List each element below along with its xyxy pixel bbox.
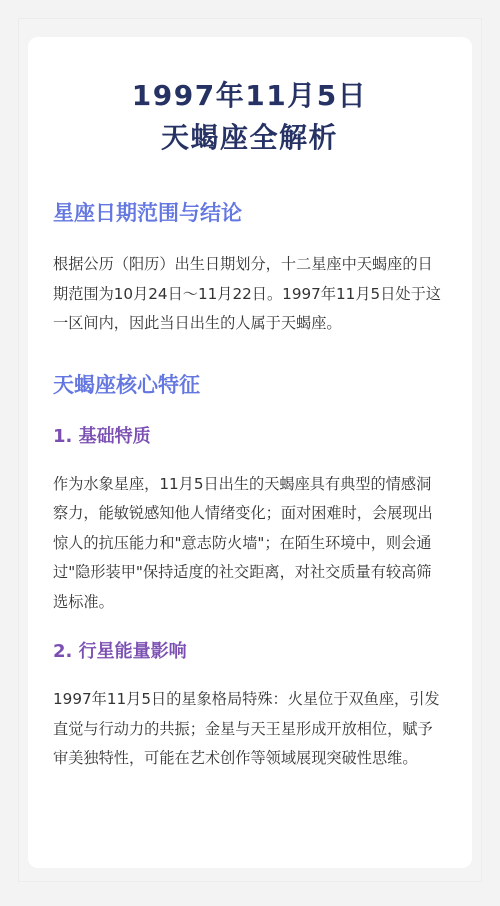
section-body-date-range: 根据公历（阳历）出生日期划分，十二星座中天蝎座的日期范围为10月24日～11月2… — [53, 250, 446, 339]
title-subject: 天蝎座全解析 — [53, 117, 446, 159]
subsection-heading-planetary-influence: 2. 行星能量影响 — [53, 638, 446, 666]
title-date: 1997年11月5日 — [53, 75, 446, 117]
subsection-heading-basic-traits: 1. 基础特质 — [53, 423, 446, 451]
section-heading-date-range: 星座日期范围与结论 — [53, 198, 446, 228]
subsection-body-basic-traits: 作为水象星座，11月5日出生的天蝎座具有典型的情感洞察力，能敏锐感知他人情绪变化… — [53, 470, 446, 618]
section-heading-core-traits: 天蝎座核心特征 — [53, 370, 446, 400]
subsection-body-planetary-influence: 1997年11月5日的星象格局特殊：火星位于双鱼座，引发直觉与行动力的共振；金星… — [53, 685, 446, 774]
article-card: 1997年11月5日 天蝎座全解析 星座日期范围与结论 根据公历（阳历）出生日期… — [28, 37, 472, 868]
page-title: 1997年11月5日 天蝎座全解析 — [53, 75, 446, 159]
